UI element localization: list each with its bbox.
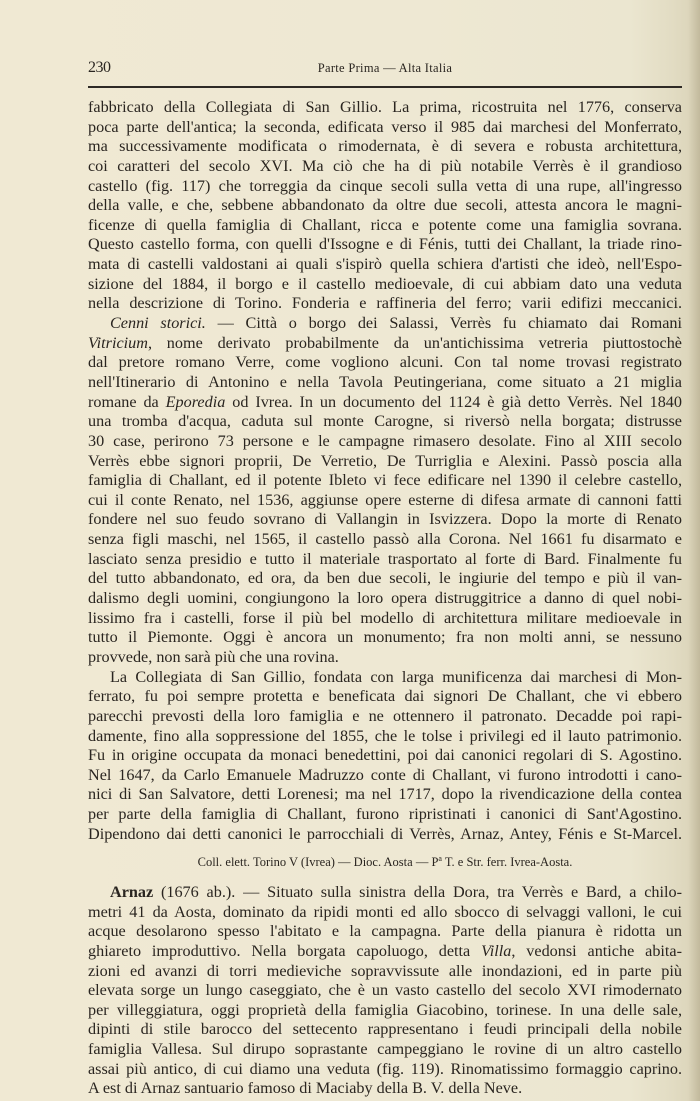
- section-lead-italic: Cenni storici.: [110, 314, 206, 332]
- running-title: Parte Prima — Alta Italia: [88, 61, 682, 76]
- text-line: ferrato, fu poi sempre protetta e benefi…: [88, 687, 682, 707]
- text-line: fondere nel suo feudo sovrano di Vallang…: [88, 510, 682, 530]
- text-line: per villeggiatura, oggi proprietà della …: [88, 1001, 682, 1021]
- text-line: Questo castello forma, con quelli d'Isso…: [88, 235, 682, 255]
- text-line: una tromba d'acqua, caduta sul monte Car…: [88, 412, 682, 432]
- paragraph-collegiata: La Collegiata di San Gillio, fondata con…: [88, 668, 682, 845]
- text-line: tutto il Piemonte. Oggi è ancora un monu…: [88, 628, 682, 648]
- text-line: La Collegiata di San Gillio, fondata con…: [88, 668, 682, 688]
- paragraph-verres-description: fabbricato della Collegiata di San Gilli…: [88, 98, 682, 314]
- text-line: famiglia Vallesa. Sul dirupo soprastante…: [88, 1040, 682, 1060]
- text-line: mata di castelli valdostani ai quali s'i…: [88, 255, 682, 275]
- text-line: Fu in origine occupata da monaci benedet…: [88, 746, 682, 766]
- text-line: Dipendono dai detti canonici le parrocch…: [88, 825, 682, 845]
- text-line: Verrès ebbe signori proprii, De Verretio…: [88, 452, 682, 472]
- text-line: coi caratteri del secolo XVI. Ma ciò che…: [88, 157, 682, 177]
- text-line: dipinti di stile barocco del settecento …: [88, 1020, 682, 1040]
- latin-name-italic: Vitricium: [88, 334, 148, 352]
- text-line: Arnaz (1676 ab.). — Situato sulla sinist…: [88, 883, 682, 903]
- page-edge-shadow: [688, 0, 700, 1101]
- text-line: della valle, e che, sebbene abbandonato …: [88, 196, 682, 216]
- text-line: Vitricium, nome derivato probabilmente d…: [88, 334, 682, 354]
- text-line: fabbricato della Collegiata di San Gilli…: [88, 98, 682, 118]
- text-line: acque desolarono spesso l'abitato e la c…: [88, 922, 682, 942]
- administrative-info: Coll. elett. Torino V (Ivrea) — Dioc. Ao…: [88, 849, 682, 869]
- text-line: nella descrizione di Torino. Fonderia e …: [88, 294, 682, 314]
- text-line: parecchi prevosti della loro famiglia e …: [88, 707, 682, 727]
- text-line: metri 41 da Aosta, dominato da ripidi mo…: [88, 903, 682, 923]
- text-line: sizione del 1884, il borgo e il castello…: [88, 275, 682, 295]
- text-line: Cenni storici. — Città o borgo dei Salas…: [88, 314, 682, 334]
- running-head: 230 Parte Prima — Alta Italia: [88, 59, 682, 81]
- text-line: del tutto abbandonato, ed ora, da ben du…: [88, 569, 682, 589]
- book-page: 230 Parte Prima — Alta Italia fabbricato…: [0, 0, 700, 1101]
- text-line: dal pretore romano Verre, come vogliono …: [88, 353, 682, 373]
- text-line: ma successivamente modificata o rimodern…: [88, 137, 682, 157]
- text-line: dalismo degli uomini, congiungono la lor…: [88, 589, 682, 609]
- text-line: assai più antico, di cui diamo una vedut…: [88, 1060, 682, 1080]
- text-line: cui il conte Renato, nel 1536, aggiunse …: [88, 491, 682, 511]
- text-line: famiglia di Challant, ed il potente Ible…: [88, 471, 682, 491]
- text-line: zioni ed avanzi di torri medieviche sopr…: [88, 962, 682, 982]
- text-line: A est di Arnaz santuario famoso di Macia…: [88, 1079, 682, 1099]
- text-line: per parte della famiglia di Challant, fu…: [88, 805, 682, 825]
- place-name-italic: Villa: [481, 942, 511, 960]
- page-body: fabbricato della Collegiata di San Gilli…: [88, 98, 682, 1099]
- text-line: elevata sorge un lungo caseggiato, che è…: [88, 981, 682, 1001]
- text-line: ficenze di quella famiglia di Challant, …: [88, 216, 682, 236]
- text-line: ghiareto improduttivo. Nella borgata cap…: [88, 942, 682, 962]
- text-line: poca parte dell'antica; la seconda, edif…: [88, 118, 682, 138]
- text-line: damente, fino alla soppressione del 1855…: [88, 727, 682, 747]
- paragraph-cenni-storici: Cenni storici. — Città o borgo dei Salas…: [88, 314, 682, 668]
- header-rule: [88, 86, 682, 88]
- text-line: provvede, non sarà più che una rovina.: [88, 648, 682, 668]
- text-line: nell'Itinerario di Antonino e nella Tavo…: [88, 373, 682, 393]
- text-line: Nel 1647, da Carlo Emanuele Madruzzo con…: [88, 766, 682, 786]
- entry-arnaz: Arnaz (1676 ab.). — Situato sulla sinist…: [88, 883, 682, 1099]
- text-line: romane da Eporedia od Ivrea. In un docum…: [88, 393, 682, 413]
- text-line: senza figli maschi, nel 1565, il castell…: [88, 530, 682, 550]
- text-line: lasciato senza presidio e tutto il mater…: [88, 550, 682, 570]
- text-line: lissimo fra i castelli, forse il più bel…: [88, 609, 682, 629]
- place-name-italic: Eporedia: [166, 393, 226, 411]
- entry-headword: Arnaz: [110, 883, 153, 901]
- text-line: nici di San Salvatore, detti Lorenesi; m…: [88, 785, 682, 805]
- text-line: 30 case, perirono 73 persone e le campag…: [88, 432, 682, 452]
- text-line: castello (fig. 117) che torreggia da cin…: [88, 177, 682, 197]
